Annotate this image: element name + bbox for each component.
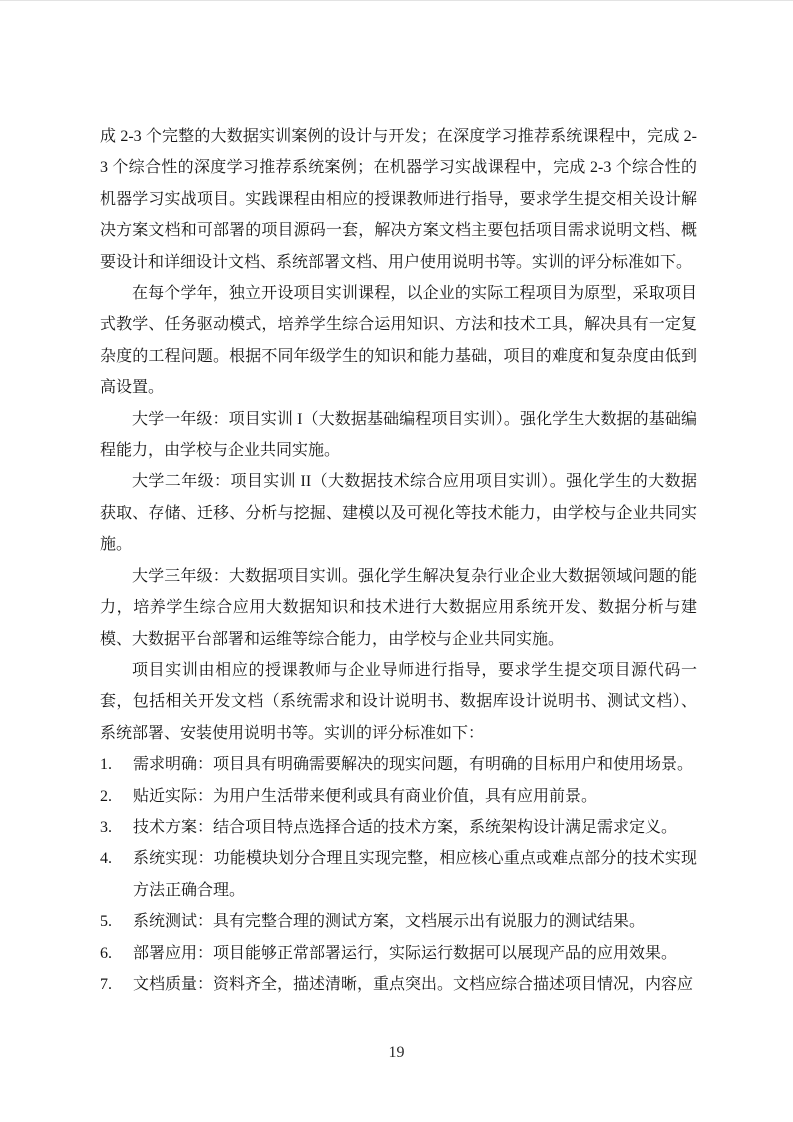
list-item-number: 6. xyxy=(100,938,133,969)
list-item: 5. 系统测试：具有完整合理的测试方案，文档展示出有说服力的测试结果。 xyxy=(100,906,697,937)
list-item-text: 贴近实际：为用户生活带来便利或具有商业价值，具有应用前景。 xyxy=(133,781,697,812)
list-item-text: 系统实现：功能模块划分合理且实现完整，相应核心重点或难点部分的技术实现方法正确合… xyxy=(133,843,697,906)
list-item-number: 1. xyxy=(100,749,133,780)
document-page: 成 2-3 个完整的大数据实训案例的设计与开发；在深度学习推荐系统课程中，完成 … xyxy=(0,0,793,1122)
grading-criteria-list: 1. 需求明确：项目具有明确需要解决的现实问题，有明确的目标用户和使用场景。 2… xyxy=(100,749,697,1000)
list-item-number: 5. xyxy=(100,906,133,937)
list-item-text: 文档质量：资料齐全，描述清晰，重点突出。文档应综合描述项目情况，内容应 xyxy=(133,969,697,1000)
list-item-text: 系统测试：具有完整合理的测试方案，文档展示出有说服力的测试结果。 xyxy=(133,906,697,937)
paragraph-year2: 大学二年级：项目实训 II（大数据技术综合应用项目实训）。强化学生的大数据获取、… xyxy=(100,466,697,560)
page-number: 19 xyxy=(389,1044,405,1061)
list-item-number: 7. xyxy=(100,969,133,1000)
page-body-text: 成 2-3 个完整的大数据实训案例的设计与开发；在深度学习推荐系统课程中，完成 … xyxy=(100,121,697,1000)
list-item-text: 部署应用：项目能够正常部署运行，实际运行数据可以展现产品的应用效果。 xyxy=(133,938,697,969)
page-footer: 19 xyxy=(0,1043,793,1063)
list-item-number: 4. xyxy=(100,843,133,874)
list-item: 6. 部署应用：项目能够正常部署运行，实际运行数据可以展现产品的应用效果。 xyxy=(100,938,697,969)
list-item: 2. 贴近实际：为用户生活带来便利或具有商业价值，具有应用前景。 xyxy=(100,781,697,812)
list-item: 7. 文档质量：资料齐全，描述清晰，重点突出。文档应综合描述项目情况，内容应 xyxy=(100,969,697,1000)
paragraph-year1: 大学一年级：项目实训 I（大数据基础编程项目实训）。强化学生大数据的基础编程能力… xyxy=(100,404,697,467)
paragraph-yearly-training: 在每个学年，独立开设项目实训课程，以企业的实际工程项目为原型，采取项目式教学、任… xyxy=(100,278,697,404)
list-item-number: 3. xyxy=(100,812,133,843)
list-item-text: 技术方案：结合项目特点选择合适的技术方案，系统架构设计满足需求定义。 xyxy=(133,812,697,843)
list-item: 1. 需求明确：项目具有明确需要解决的现实问题，有明确的目标用户和使用场景。 xyxy=(100,749,697,780)
paragraph-continuation: 成 2-3 个完整的大数据实训案例的设计与开发；在深度学习推荐系统课程中，完成 … xyxy=(100,121,697,278)
list-item: 3. 技术方案：结合项目特点选择合适的技术方案，系统架构设计满足需求定义。 xyxy=(100,812,697,843)
paragraph-grading-intro: 项目实训由相应的授课教师与企业导师进行指导，要求学生提交项目源代码一套，包括相关… xyxy=(100,655,697,749)
list-item: 4. 系统实现：功能模块划分合理且实现完整，相应核心重点或难点部分的技术实现方法… xyxy=(100,843,697,906)
list-item-text: 需求明确：项目具有明确需要解决的现实问题，有明确的目标用户和使用场景。 xyxy=(133,749,697,780)
paragraph-year3: 大学三年级：大数据项目实训。强化学生解决复杂行业企业大数据领域问题的能力，培养学… xyxy=(100,561,697,655)
list-item-number: 2. xyxy=(100,781,133,812)
